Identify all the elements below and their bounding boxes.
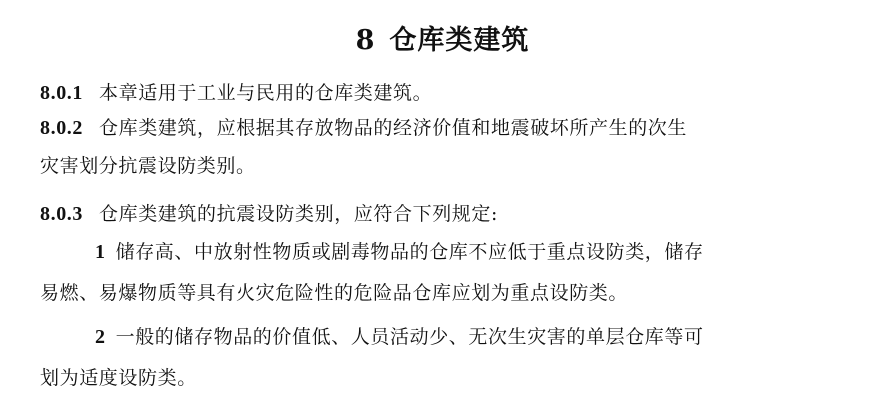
chapter-number: 8 [356, 25, 376, 56]
clause-8-0-1: 8.0.1本章适用于工业与民用的仓库类建筑。 [40, 78, 432, 105]
clause-text: 仓库类建筑，应根据其存放物品的经济价值和地震破坏所产生的次生 [99, 117, 687, 139]
item-text: 储存高、中放射性物质或剧毒物品的仓库不应低于重点设防类，储存 [116, 241, 704, 263]
clause-text: 本章适用于工业与民用的仓库类建筑。 [99, 82, 432, 104]
item-number: 2 [95, 326, 106, 348]
item-text: 划为适度设防类。 [40, 367, 197, 389]
clause-8-0-2: 8.0.2仓库类建筑，应根据其存放物品的经济价值和地震破坏所产生的次生 [40, 113, 687, 140]
item-text: 易燃、易爆物质等具有火灾危险性的危险品仓库应划为重点设防类。 [40, 282, 628, 304]
clause-8-0-3-item-1-continuation: 易燃、易爆物质等具有火灾危险性的危险品仓库应划为重点设防类。 [40, 278, 628, 305]
chapter-title: 8仓库类建筑 [0, 18, 885, 57]
clause-8-0-3-item-2-continuation: 划为适度设防类。 [40, 363, 197, 390]
clause-8-0-3-item-2: 2一般的储存物品的价值低、人员活动少、无次生灾害的单层仓库等可 [95, 322, 704, 349]
item-text: 一般的储存物品的价值低、人员活动少、无次生灾害的单层仓库等可 [116, 326, 704, 348]
clause-8-0-2-continuation: 灾害划分抗震设防类别。 [40, 151, 256, 178]
item-number: 1 [95, 241, 106, 263]
clause-8-0-3: 8.0.3仓库类建筑的抗震设防类别，应符合下列规定: [40, 199, 498, 226]
clause-text: 灾害划分抗震设防类别。 [40, 155, 256, 177]
clause-text: 仓库类建筑的抗震设防类别，应符合下列规定: [99, 203, 498, 225]
clause-number: 8.0.3 [40, 203, 83, 225]
clause-number: 8.0.1 [40, 82, 83, 104]
chapter-title-text: 仓库类建筑 [389, 25, 529, 56]
clause-8-0-3-item-1: 1储存高、中放射性物质或剧毒物品的仓库不应低于重点设防类，储存 [95, 237, 704, 264]
clause-number: 8.0.2 [40, 117, 83, 139]
